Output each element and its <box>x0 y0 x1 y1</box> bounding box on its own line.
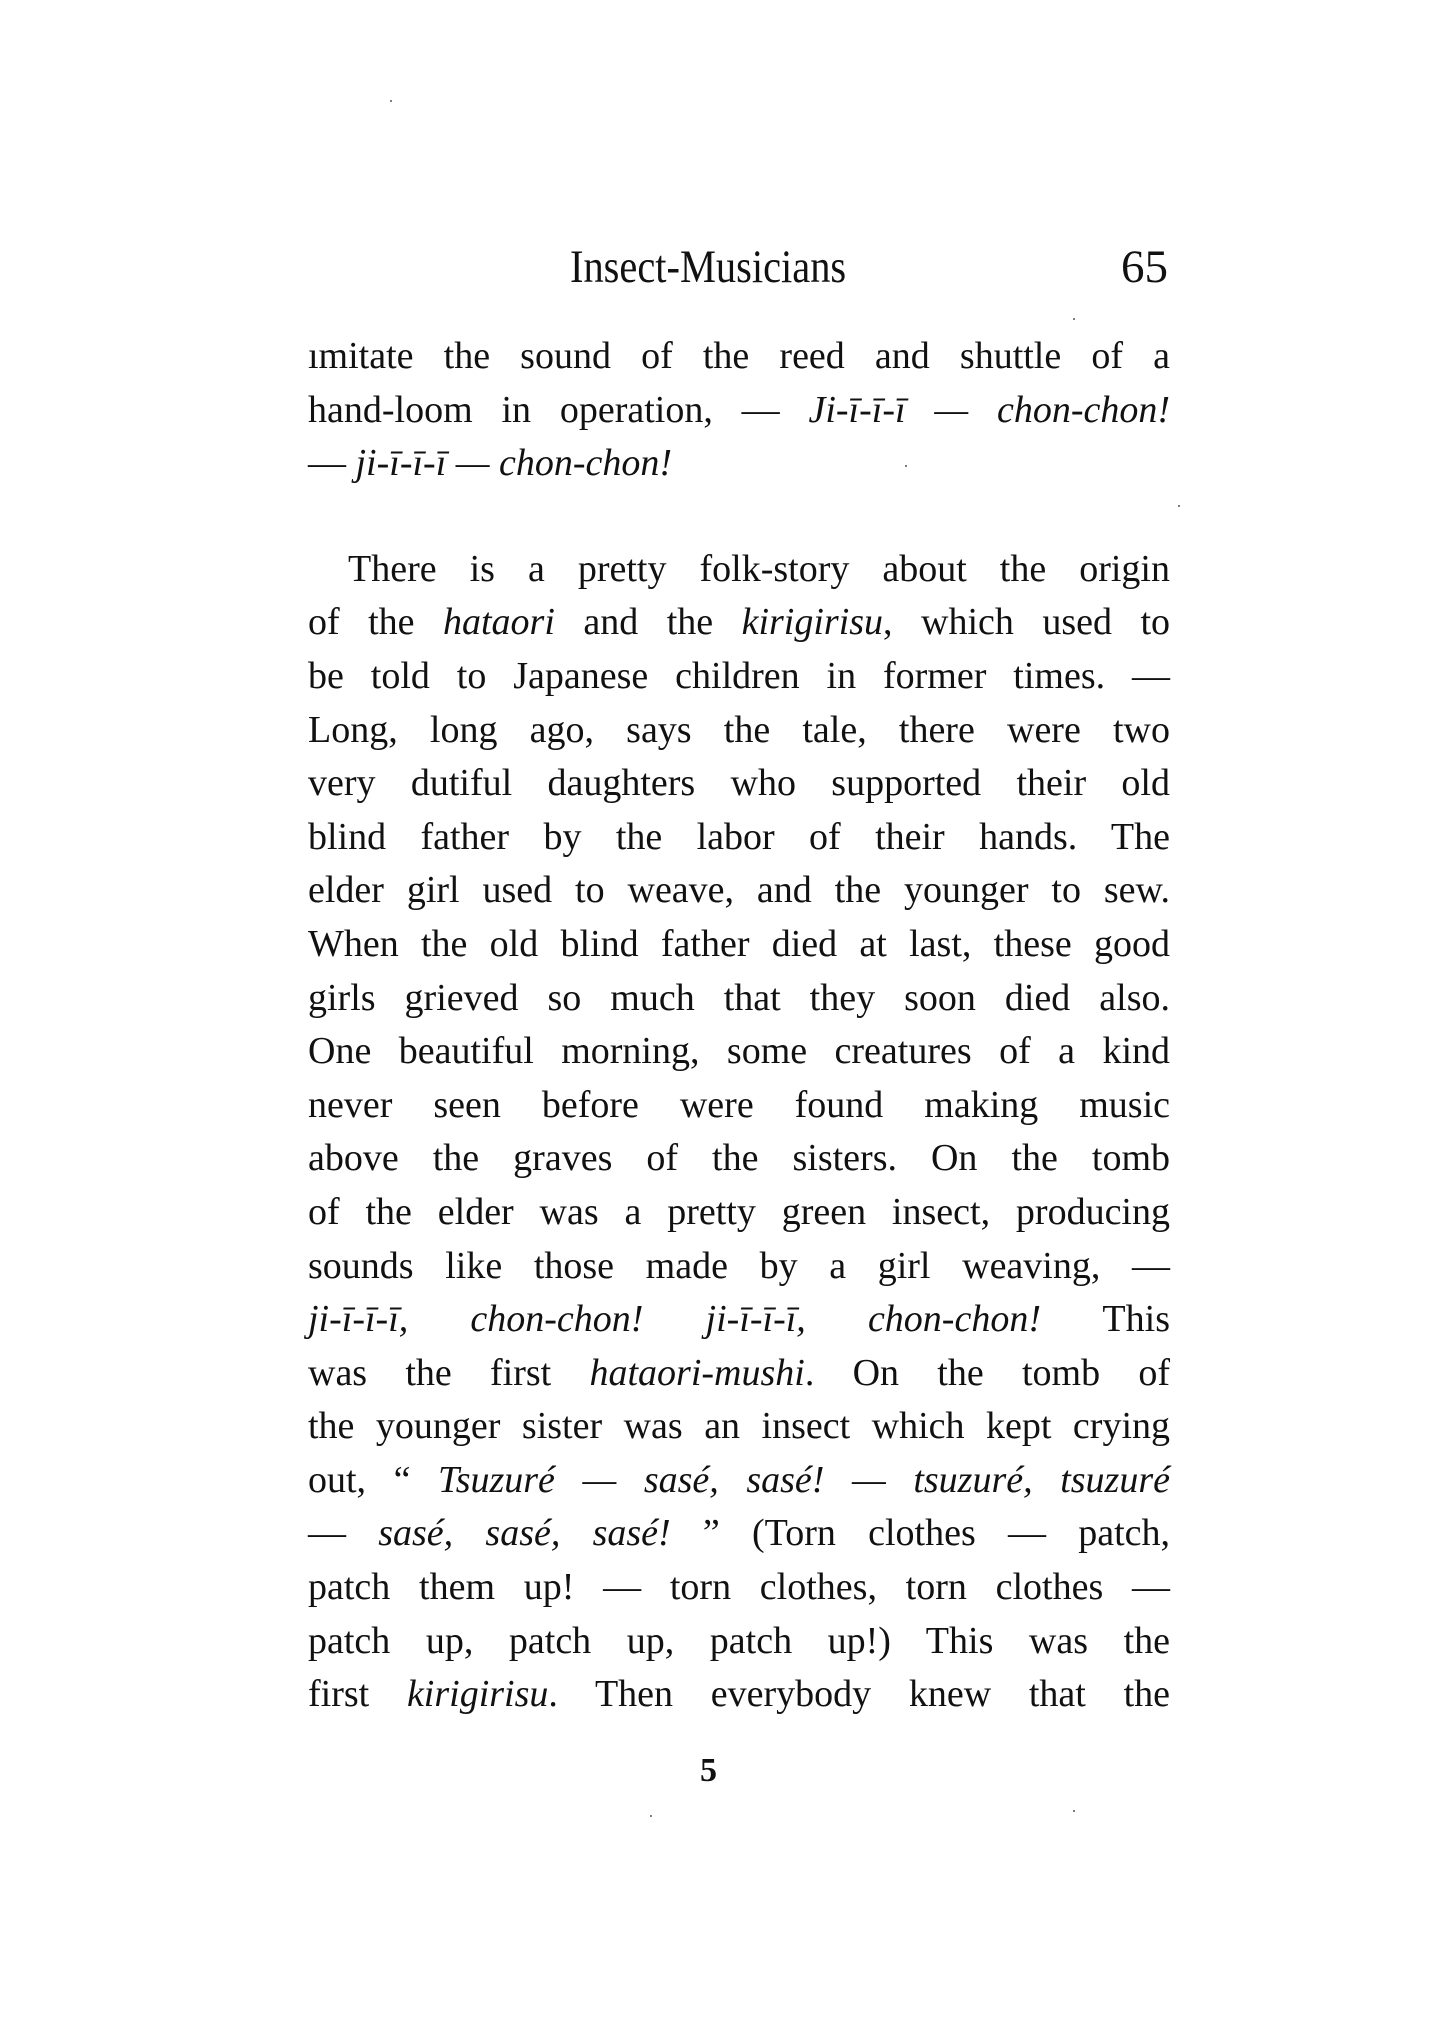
text-line: There is a pretty folk-story about the o… <box>308 543 1170 597</box>
text-run: the younger sister was an insect which k… <box>308 1405 1170 1447</box>
text-line: out, “ Tsuzuré — sasé, sasé! — tsuzuré, … <box>308 1454 1170 1508</box>
text-run: girls grieved so much that they soon die… <box>308 977 1170 1019</box>
text-run: out, “ <box>308 1459 438 1501</box>
text-run: and the <box>555 601 742 643</box>
page-number: 65 <box>1121 240 1168 294</box>
scan-speck <box>1073 1810 1075 1812</box>
text-line: of the hataori and the kirigirisu, which… <box>308 596 1170 650</box>
text-run: blind father by the labor of their hands… <box>308 816 1170 858</box>
text-line: patch up, patch up, patch up!) This was … <box>308 1615 1170 1669</box>
text-run: be told to Japanese children in former t… <box>308 655 1170 697</box>
text-run: never seen before were found making musi… <box>308 1084 1170 1126</box>
running-title: Insect-Musicians <box>570 240 846 294</box>
text-run: patch them up! — torn clothes, torn clot… <box>308 1566 1170 1608</box>
text-line: very dutiful daughters who supported the… <box>308 757 1170 811</box>
text-run: first <box>308 1673 407 1715</box>
text-line: patch them up! — torn clothes, torn clot… <box>308 1561 1170 1615</box>
text-run: elder girl used to weave, and the younge… <box>308 869 1170 911</box>
running-head: Insect-Musicians 65 <box>308 240 1170 300</box>
text-run: . On the tomb of <box>805 1352 1170 1394</box>
paragraph-1: ımitate the sound of the reed and shuttl… <box>308 330 1170 491</box>
italic-text: ji-ī-ī-ī — chon-chon! <box>356 442 673 484</box>
text-line: sounds like those made by a girl weaving… <box>308 1240 1170 1294</box>
italic-text: kirigirisu <box>742 601 883 643</box>
text-line: hand-loom in operation, — Ji-ī-ī-ī — cho… <box>308 384 1170 438</box>
text-run: One beautiful morning, some creatures of… <box>308 1030 1170 1072</box>
text-run: — <box>308 442 356 484</box>
text-run: was the first <box>308 1352 590 1394</box>
italic-text: hataori <box>443 601 555 643</box>
text-line: elder girl used to weave, and the younge… <box>308 864 1170 918</box>
text-line: be told to Japanese children in former t… <box>308 650 1170 704</box>
text-line: — sasé, sasé, sasé! ” (Torn clothes — pa… <box>308 1507 1170 1561</box>
text-run: There is a pretty folk-story about the o… <box>348 548 1170 590</box>
italic-text: Tsuzuré — sasé, sasé! — tsuzuré, tsuzuré <box>438 1459 1170 1501</box>
text-run: patch up, patch up, patch up!) This was … <box>308 1620 1170 1662</box>
paragraph-gap <box>308 491 1170 543</box>
text-run: above the graves of the sisters. On the … <box>308 1137 1170 1179</box>
text-run: of the <box>308 601 443 643</box>
scan-speck <box>905 465 907 467</box>
text-run: Long, long ago, says the tale, there wer… <box>308 709 1170 751</box>
text-run: ” (Torn clothes — patch, <box>671 1512 1170 1554</box>
scan-speck <box>1178 505 1180 507</box>
scan-speck <box>390 100 392 102</box>
text-line: ımitate the sound of the reed and shuttl… <box>308 330 1170 384</box>
book-page: Insect-Musicians 65 ımitate the sound of… <box>0 0 1446 2035</box>
italic-text: kirigirisu <box>407 1673 548 1715</box>
text-line: girls grieved so much that they soon die… <box>308 972 1170 1026</box>
italic-text: hataori-mushi <box>590 1352 805 1394</box>
text-line: above the graves of the sisters. On the … <box>308 1132 1170 1186</box>
text-run: — <box>308 1512 378 1554</box>
text-line: was the first hataori-mushi. On the tomb… <box>308 1347 1170 1401</box>
text-line: Long, long ago, says the tale, there wer… <box>308 704 1170 758</box>
italic-text: sasé, sasé, sasé! <box>378 1512 670 1554</box>
text-run: sounds like those made by a girl weaving… <box>308 1245 1170 1287</box>
text-line: of the elder was a pretty green insect, … <box>308 1186 1170 1240</box>
text-line: ji-ī-ī-ī, chon-chon! ji-ī-ī-ī, chon-chon… <box>308 1293 1170 1347</box>
text-line: the younger sister was an insect which k… <box>308 1400 1170 1454</box>
text-run: of the elder was a pretty green insect, … <box>308 1191 1170 1233</box>
signature-mark: 5 <box>700 1752 717 1790</box>
text-run: This <box>1041 1298 1170 1340</box>
text-run: , which used to <box>883 601 1170 643</box>
text-line: One beautiful morning, some creatures of… <box>308 1025 1170 1079</box>
text-run: . Then everybody knew that the <box>548 1673 1170 1715</box>
text-run: very dutiful daughters who supported the… <box>308 762 1170 804</box>
paragraph-2: There is a pretty folk-story about the o… <box>308 543 1170 1722</box>
scan-speck <box>1073 318 1075 320</box>
text-run: ımitate the sound of the reed and shuttl… <box>308 335 1170 377</box>
text-run: When the old blind father died at last, … <box>308 923 1170 965</box>
text-line: When the old blind father died at last, … <box>308 918 1170 972</box>
text-line: — ji-ī-ī-ī — chon-chon! <box>308 437 1170 491</box>
body-text: ımitate the sound of the reed and shuttl… <box>308 330 1170 1722</box>
text-line: blind father by the labor of their hands… <box>308 811 1170 865</box>
scan-speck <box>650 1815 652 1817</box>
text-line: first kirigirisu. Then everybody knew th… <box>308 1668 1170 1722</box>
text-line: never seen before were found making musi… <box>308 1079 1170 1133</box>
italic-text: ji-ī-ī-ī, chon-chon! ji-ī-ī-ī, chon-chon… <box>308 1298 1041 1340</box>
text-run: hand-loom in operation, — <box>308 389 808 431</box>
italic-text: Ji-ī-ī-ī — chon-chon! <box>808 389 1170 431</box>
